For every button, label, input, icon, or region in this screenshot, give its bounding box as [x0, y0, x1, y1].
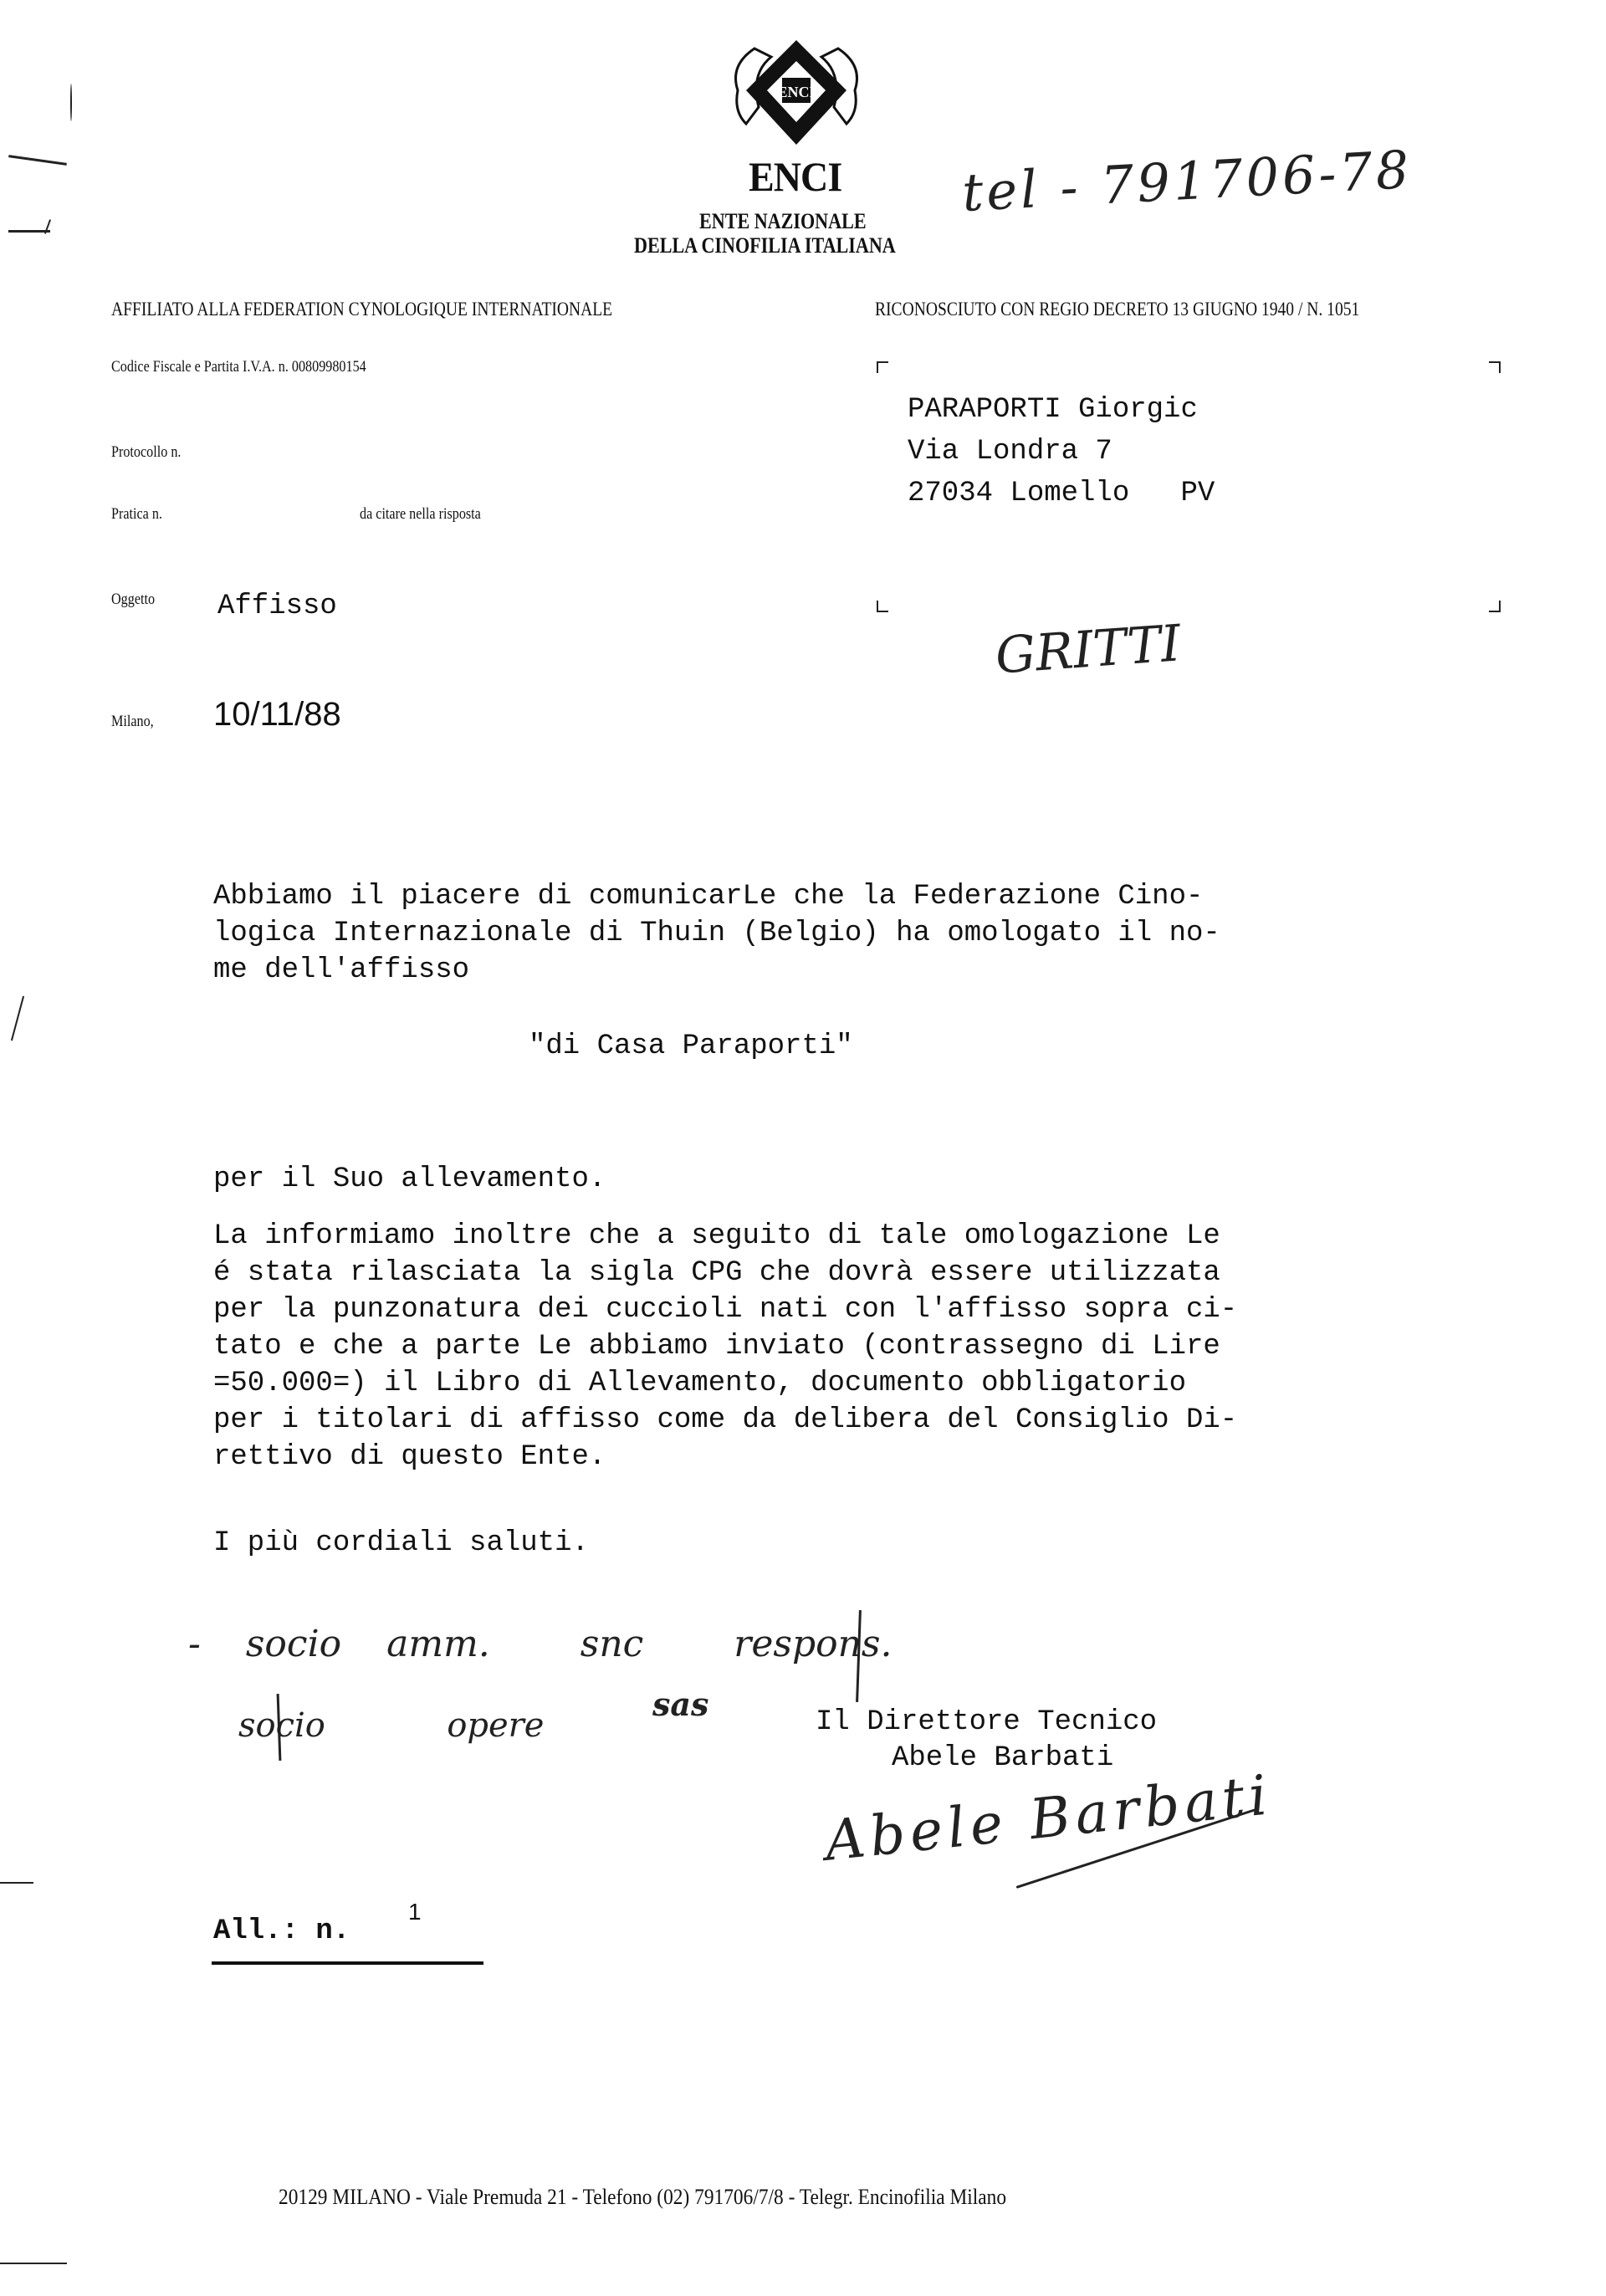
signatory-title: Il Direttore Tecnico: [816, 1706, 1157, 1738]
body-line: logica Internazionale di Thuin (Belgio) …: [213, 915, 1220, 952]
org-name-line1: ENTE NAZIONALE: [699, 209, 867, 234]
recognition-text: RICONOSCIUTO CON REGIO DECRETO 13 GIUGNO…: [875, 299, 1359, 320]
body-line: Abbiamo il piacere di comunicarLe che la…: [213, 878, 1220, 915]
handwritten-note-1: - socio amm. snc respons.: [188, 1623, 893, 1665]
address-window-corner: [1489, 601, 1501, 612]
date-value: 10/11/88: [213, 696, 341, 734]
body-paragraph-1: Abbiamo il piacere di comunicarLe che la…: [213, 878, 1220, 989]
handwritten-note-2: socio opere: [238, 1706, 544, 1745]
margin-mark: [0, 2263, 67, 2264]
subject-label: Oggetto: [111, 591, 155, 609]
address-window-corner: [877, 361, 888, 373]
body-line: tato e che a parte Le abbiamo inviato (c…: [213, 1328, 1237, 1365]
org-abbreviation: ENCI: [749, 152, 841, 201]
place-label: Milano,: [111, 713, 154, 731]
margin-mark: [8, 155, 67, 166]
attachments-label: All.: n.: [213, 1915, 350, 1947]
tax-code: Codice Fiscale e Partita I.V.A. n. 00809…: [111, 358, 366, 376]
body-line: per i titolari di affisso come da delibe…: [213, 1402, 1237, 1439]
recipient-city: 27034 Lomello PV: [908, 473, 1215, 514]
body-line: per il Suo allevamento.: [213, 1161, 606, 1198]
handwritten-mark: sas: [652, 1685, 708, 1723]
margin-mark: [0, 1882, 33, 1884]
practice-note: da citare nella risposta: [360, 505, 481, 524]
svg-text:ENCI: ENCI: [777, 84, 815, 100]
body-paragraph-3: La informiamo inoltre che a seguito di t…: [213, 1218, 1237, 1475]
recipient-street: Via Londra 7: [908, 431, 1215, 473]
attachments-underline: [212, 1961, 483, 1965]
closing-salutation: I più cordiali saluti.: [213, 1527, 589, 1559]
body-line: =50.000=) il Libro di Allevamento, docum…: [213, 1365, 1237, 1402]
recipient-address: PARAPORTI GiorgicVia Londra 727034 Lomel…: [908, 389, 1215, 514]
body-line: La informiamo inoltre che a seguito di t…: [213, 1218, 1237, 1255]
kennel-name: "di Casa Paraporti": [529, 1030, 853, 1062]
handwritten-recipient-name: GRITTI: [994, 614, 1183, 685]
address-window-corner: [1489, 361, 1501, 373]
signatory-name: Abele Barbati: [892, 1742, 1113, 1774]
handwritten-signature: Abele Barbati: [821, 1762, 1275, 1874]
enci-emblem-icon: ENCI: [721, 32, 872, 157]
org-name-line2: DELLA CINOFILIA ITALIANA: [634, 233, 896, 258]
recipient-name: PARAPORTI Giorgic: [908, 389, 1215, 431]
body-paragraph-2: per il Suo allevamento.: [213, 1161, 606, 1198]
address-window-corner: [877, 601, 888, 612]
body-line: me dell'affisso: [213, 952, 1220, 989]
margin-mark: [70, 84, 72, 121]
body-line: é stata rilasciata la sigla CPG che dovr…: [213, 1255, 1237, 1291]
footer-address: 20129 MILANO - Viale Premuda 21 - Telefo…: [279, 2185, 1006, 2210]
margin-mark: [11, 996, 24, 1041]
practice-label: Pratica n.: [111, 505, 162, 524]
handwritten-telephone: tel - 791706-78: [960, 139, 1413, 223]
body-line: per la punzonatura dei cuccioli nati con…: [213, 1291, 1237, 1328]
subject-value: Affisso: [217, 591, 337, 622]
affiliation-text: AFFILIATO ALLA FEDERATION CYNOLOGIQUE IN…: [111, 299, 612, 320]
body-line: rettivo di questo Ente.: [213, 1439, 1237, 1475]
protocol-label: Protocollo n.: [111, 443, 181, 462]
attachments-count: 1: [408, 1899, 422, 1925]
